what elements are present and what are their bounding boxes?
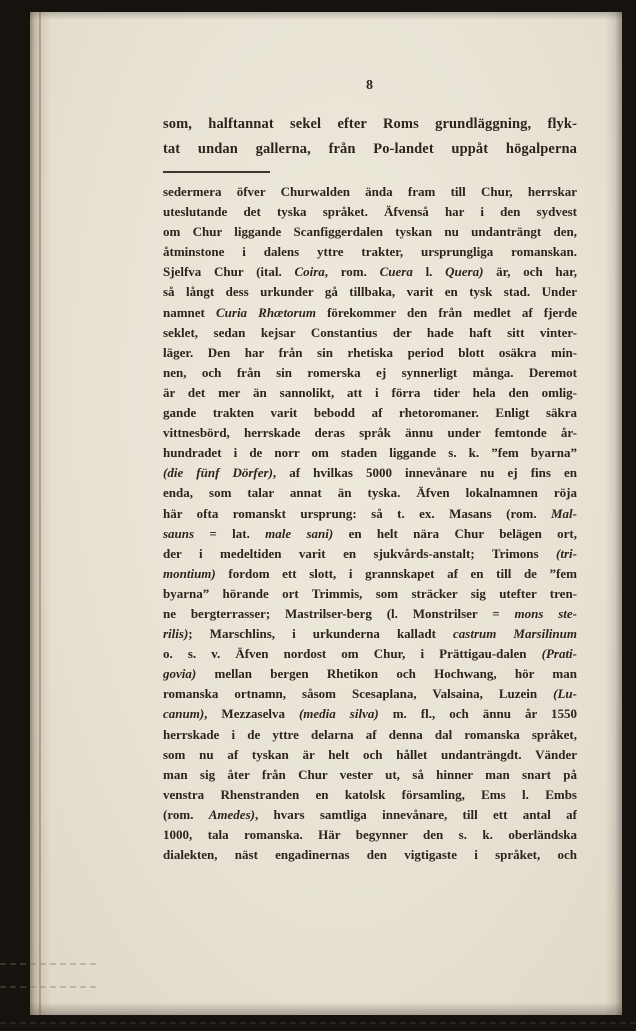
footnote-separator-rule	[163, 171, 270, 173]
scan-artifact	[0, 963, 96, 965]
text-line: ne bergterrasser; Mastrilser-berg (l. Mo…	[163, 604, 577, 624]
book-page: 8 som, halftannat sekel efter Roms grund…	[30, 12, 622, 1015]
text-line: venstra Rhenstranden en katolsk församli…	[163, 785, 577, 805]
text-line: gande trakten varit bebodd af rhetoroman…	[163, 403, 577, 423]
text-line: canum), Mezzaselva (media silva) m. fl.,…	[163, 704, 577, 724]
text-line: tat undan gallerna, från Po-landet uppåt…	[163, 137, 577, 162]
scan-artifact	[0, 986, 96, 988]
text-line: här ofta romanskt ursprung: så t. ex. Ma…	[163, 504, 577, 524]
text-line: vittnesbörd, herrskade deras språk ännu …	[163, 423, 577, 443]
text-line: sauns = lat. male sani) en helt nära Chu…	[163, 524, 577, 544]
text-line: namnet Curia Rhætorum förekommer den frå…	[163, 303, 577, 323]
text-line: åtminstone i dalens yttre trakter, urspr…	[163, 242, 577, 262]
heading: som, halftannat sekel efter Roms grundlä…	[163, 112, 577, 162]
text-line: herrskade i de yttre delarna af denna da…	[163, 725, 577, 745]
text-line: montium) fordom ett slott, i grannskapet…	[163, 564, 577, 584]
text-line: Sjelfva Chur (ital. Coira, rom. Cuera l.…	[163, 262, 577, 282]
scanned-book-page: 8 som, halftannat sekel efter Roms grund…	[0, 0, 636, 1031]
text-line: (die fünf Dörfer), af hvilkas 5000 innev…	[163, 463, 577, 483]
text-line: (rom. Amedes), hvars samtliga innevånare…	[163, 805, 577, 825]
text-line: byarna” hörande ort Trimmis, som sträcke…	[163, 584, 577, 604]
text-line: så långt dess urkunder gå tillbaka, vari…	[163, 282, 577, 302]
text-line: der i medeltiden varit en sjukvårds-anst…	[163, 544, 577, 564]
text-line: man sig åter från Chur vester ut, så hin…	[163, 765, 577, 785]
text-line: dialekten, näst engadinernas den vigtiga…	[163, 845, 577, 865]
text-line: som, halftannat sekel efter Roms grundlä…	[163, 112, 577, 137]
text-line: hundradet i de norr om staden liggande s…	[163, 443, 577, 463]
text-line: som nu af tyskan är helt och hållet unda…	[163, 745, 577, 765]
text-line: nen, och från sin romerska ej synnerligt…	[163, 363, 577, 383]
text-line: rilis); Marschlins, i urkunderna kalladt…	[163, 624, 577, 644]
text-line: enda, som talar annat än tyska. Äfven lo…	[163, 483, 577, 503]
text-line: govia) mellan bergen Rhetikon och Hochwa…	[163, 664, 577, 684]
scan-artifact	[0, 1022, 636, 1024]
text-line: är det mer än sannolikt, att i förra tid…	[163, 383, 577, 403]
text-line: o. s. v. Äfven nordost om Chur, i Prätti…	[163, 644, 577, 664]
page-number: 8	[163, 78, 577, 94]
text-line: sedermera öfver Churwalden ända fram til…	[163, 182, 577, 202]
text-line: 1000, tala romanska. Här begynner den s.…	[163, 825, 577, 845]
text-line: läger. Den har från sin rhetiska period …	[163, 343, 577, 363]
footnote-text: sedermera öfver Churwalden ända fram til…	[163, 182, 577, 865]
text-line: uteslutande det tyska språket. Äfvenså h…	[163, 202, 577, 222]
text-line: romanska ortnamn, såsom Scesaplana, Vals…	[163, 684, 577, 704]
text-line: om Chur liggande Scanfiggerdalen tyskan …	[163, 222, 577, 242]
text-line: seklet, sedan kejsar Constantius der had…	[163, 323, 577, 343]
